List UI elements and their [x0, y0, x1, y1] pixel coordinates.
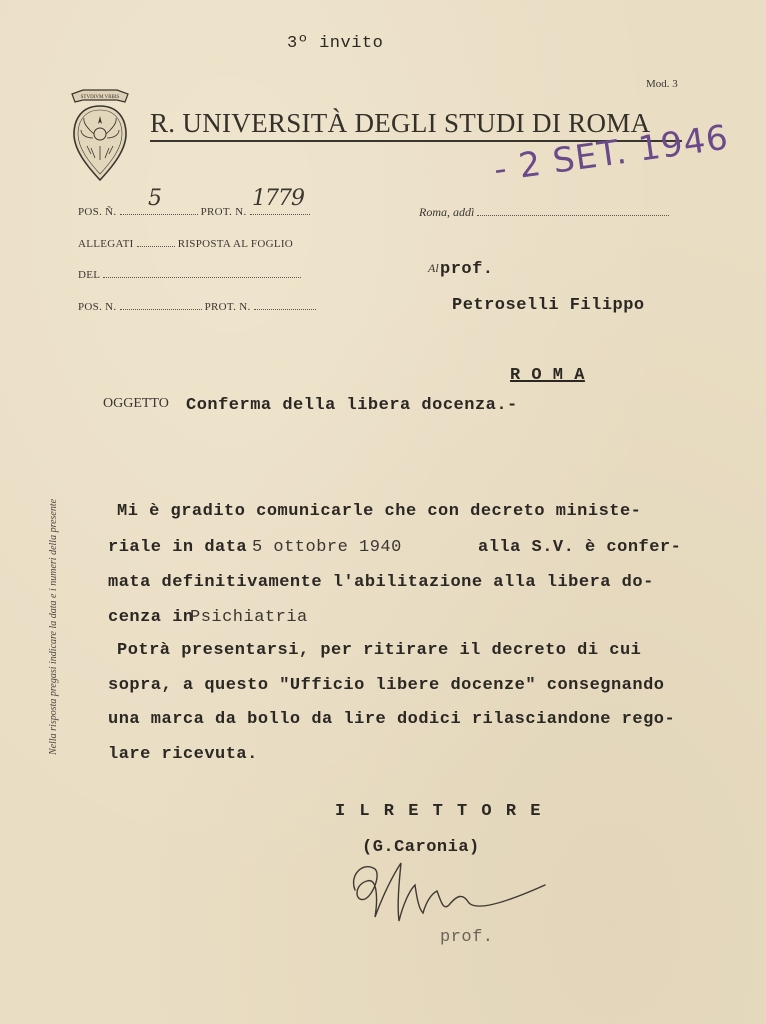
del-label: DEL — [78, 269, 100, 281]
body-line-2c: alla S.V. è confer- — [478, 538, 681, 557]
pos2-row: POS. N. PROT. N. — [78, 300, 316, 313]
allegati-label: ALLEGATI — [78, 238, 134, 250]
body-line-1: Mi è gradito comunicarle che con decreto… — [117, 502, 641, 521]
body-line-4a: cenza in — [108, 608, 194, 627]
invito-note: 3º invito — [287, 34, 383, 53]
subject-label: OGGETTO — [103, 396, 169, 412]
recipient-city: R O M A — [510, 366, 585, 385]
recipient-name: Petroselli Filippo — [452, 296, 645, 315]
svg-text:STVDIVM VRBIS: STVDIVM VRBIS — [81, 95, 120, 100]
body-line-3: mata definitivamente l'abilitazione alla… — [108, 573, 654, 592]
pos2-field — [120, 300, 202, 310]
recipient-prefix: Al — [428, 261, 439, 276]
reply-instructions-note: Nella risposta pregasi indicare la data … — [48, 455, 59, 755]
subject-text: Conferma della libera docenza.- — [186, 396, 518, 415]
signature-footer: prof. — [440, 928, 494, 947]
signatory-role: I L R E T T O R E — [335, 802, 542, 821]
roma-addi-label: Roma, addì — [419, 205, 474, 219]
allegati-field — [137, 237, 175, 247]
recipient-title: prof. — [440, 260, 494, 279]
del-field — [103, 268, 301, 278]
institution-title: R. UNIVERSITÀ DEGLI STUDI DI ROMA — [150, 108, 650, 139]
discipline: Psichiatria — [190, 608, 308, 627]
university-seal-icon: STVDIVM VRBIS — [69, 88, 131, 182]
body-line-6: sopra, a questo "Ufficio libere docenze"… — [108, 676, 665, 695]
pos-value: 5 — [148, 186, 162, 211]
decree-date: 5 ottobre 1940 — [252, 538, 402, 557]
date-field — [477, 206, 669, 216]
prot-value: 1779 — [252, 186, 304, 211]
del-row: DEL — [78, 268, 301, 281]
body-line-5: Potrà presentarsi, per ritirare il decre… — [117, 641, 641, 660]
handwritten-signature-icon — [345, 855, 555, 925]
body-line-2a: riale in data — [108, 538, 247, 557]
pos2-label: POS. N. — [78, 301, 116, 313]
allegati-row: ALLEGATI RISPOSTA AL FOGLIO — [78, 237, 293, 250]
risposta-label: RISPOSTA AL FOGLIO — [178, 238, 293, 250]
roma-addi-row: Roma, addì — [419, 205, 669, 220]
form-model-number: Mod. 3 — [646, 78, 678, 90]
prot-label: PROT. N. — [201, 206, 247, 218]
body-line-8: lare ricevuta. — [108, 745, 258, 764]
prot2-label: PROT. N. — [205, 301, 251, 313]
prot2-field — [254, 300, 316, 310]
body-line-7: una marca da bollo da lire dodici rilasc… — [108, 710, 675, 729]
pos-label: POS. Ñ. — [78, 206, 116, 218]
